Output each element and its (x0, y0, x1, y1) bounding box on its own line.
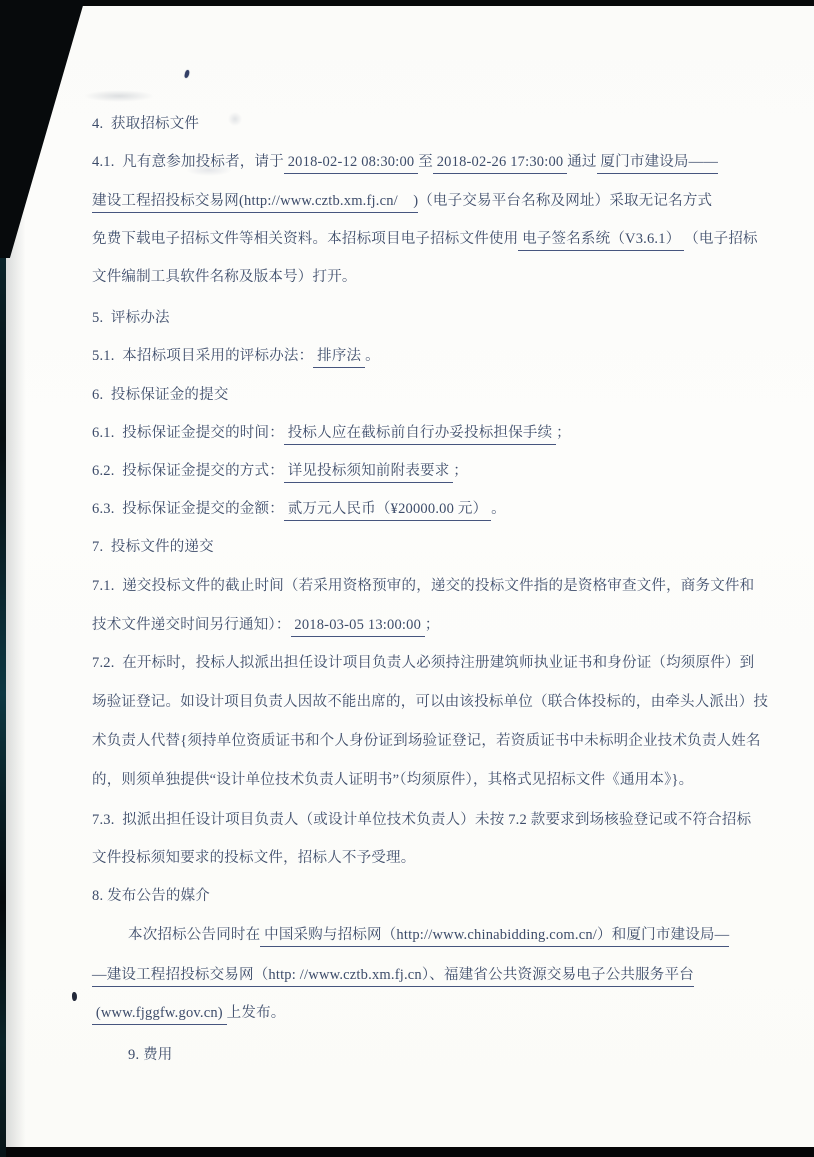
text-segment: 场验证登记。如设计项目负责人因故不能出席的，可以由该投标单位（联合体投标的，由牵… (92, 694, 768, 710)
text-segment: 7.2. 在开标时，投标人拟派出担任设计项目负责人必须持注册建筑师执业证书和身份… (92, 655, 754, 671)
text-segment: 8. 发布公告的媒介 (92, 888, 210, 904)
text-line: 本次招标公告同时在 中国采购与招标网（http://www.chinabiddi… (128, 925, 729, 945)
text-segment: 文件编制工具软件名称及版本号）打开。 (92, 269, 357, 285)
text-line: 6.1. 投标保证金提交的时间： 投标人应在截标前自行办妥投标担保手续 ； (92, 423, 571, 443)
text-segment: 6.3. 投标保证金提交的金额： (92, 501, 284, 517)
text-segment: 。 (365, 348, 380, 364)
text-line: 6.2. 投标保证金提交的方式： 详见投标须知前附表要求 ； (92, 461, 468, 481)
text-segment: 5.1. 本招标项目采用的评标办法： (92, 348, 313, 364)
text-segment: 6.2. 投标保证金提交的方式： (92, 463, 284, 479)
scanned-document-page: 4. 获取招标文件4.1. 凡有意参加投标者，请于 2018-02-12 08:… (0, 0, 814, 1157)
text-line: 7.2. 在开标时，投标人拟派出担任设计项目负责人必须持注册建筑师执业证书和身份… (92, 653, 754, 673)
underlined-text-segment: 厦门市建设局—— (597, 154, 718, 174)
text-segment: 本次招标公告同时在 (128, 927, 260, 943)
text-segment: （电子招标 (684, 231, 758, 247)
text-segment: （电子交易平台名称及网址）采取无记名方式 (418, 193, 712, 209)
text-segment: 7.3. 拟派出担任设计项目负责人（或设计单位技术负责人）未按 7.2 款要求到… (92, 812, 751, 828)
text-line: 9. 费用 (128, 1045, 173, 1065)
text-line: —建设工程招投标交易网（http: //www.cztb.xm.fj.cn）、福… (92, 965, 694, 985)
text-line: 文件投标须知要求的投标文件，招标人不予受理。 (92, 848, 415, 868)
text-segment: 7.1. 递交投标文件的截止时间（若采用资格预审的，递交的投标文件指的是资格审查… (92, 578, 754, 594)
text-line: 建设工程招投标交易网(http://www.cztb.xm.fj.cn/ )（电… (92, 191, 712, 211)
text-segment: ； (556, 425, 571, 441)
text-line: 6.3. 投标保证金提交的金额： 贰万元人民币（¥20000.00 元） 。 (92, 499, 506, 519)
scan-corner-triangle (0, 0, 90, 258)
text-line: 7.1. 递交投标文件的截止时间（若采用资格预审的，递交的投标文件指的是资格审查… (92, 576, 754, 596)
text-segment: 术负责人代替{须持单位资质证书和个人身份证到场验证登记，若资质证书中未标明企业技… (92, 733, 761, 749)
text-line: 7.3. 拟派出担任设计项目负责人（或设计单位技术负责人）未按 7.2 款要求到… (92, 810, 751, 830)
text-line: (www.fjggfw.gov.cn) 上发布。 (92, 1003, 285, 1023)
text-segment: 4.1. 凡有意参加投标者，请于 (92, 154, 284, 170)
text-line: 5.1. 本招标项目采用的评标办法： 排序法 。 (92, 346, 380, 366)
text-segment: 6.1. 投标保证金提交的时间： (92, 425, 284, 441)
text-segment: 免费下载电子招标文件等相关资料。本招标项目电子招标文件使用 (92, 231, 518, 247)
underlined-text-segment: 建设工程招投标交易网(http://www.cztb.xm.fj.cn/ ) (92, 193, 418, 213)
scan-edge-bottom (0, 1147, 814, 1157)
text-segment: 9. 费用 (128, 1047, 173, 1063)
text-segment: 文件投标须知要求的投标文件，招标人不予受理。 (92, 850, 415, 866)
text-segment: 。 (491, 501, 506, 517)
text-segment: 7. 投标文件的递交 (92, 539, 214, 555)
underlined-text-segment: 中国采购与招标网（http://www.chinabidding.com.cn/… (260, 927, 729, 947)
text-line: 7. 投标文件的递交 (92, 537, 214, 557)
text-line: 6. 投标保证金的提交 (92, 385, 229, 405)
ink-speck (184, 70, 190, 79)
text-segment: 至 (418, 154, 433, 170)
text-segment: 技术文件递交时间另行通知）： (92, 617, 291, 633)
scan-smudge (228, 112, 242, 126)
underlined-text-segment: (www.fjggfw.gov.cn) (92, 1005, 227, 1025)
text-line: 文件编制工具软件名称及版本号）打开。 (92, 267, 357, 287)
text-line: 4. 获取招标文件 (92, 114, 199, 134)
scan-smudge (84, 90, 154, 102)
text-line: 术负责人代替{须持单位资质证书和个人身份证到场验证登记，若资质证书中未标明企业技… (92, 731, 761, 751)
underlined-text-segment: 详见投标须知前附表要求 (284, 463, 453, 483)
scan-edge-top (0, 0, 814, 6)
text-line: 免费下载电子招标文件等相关资料。本招标项目电子招标文件使用 电子签名系统（V3.… (92, 229, 758, 249)
text-line: 的，则须单独提供“设计单位技术负责人证明书”（均须原件），其格式见招标文件《通用… (92, 770, 693, 790)
text-segment: 5. 评标办法 (92, 310, 170, 326)
text-line: 4.1. 凡有意参加投标者，请于 2018-02-12 08:30:00 至 2… (92, 152, 718, 172)
text-line: 8. 发布公告的媒介 (92, 886, 210, 906)
text-line: 5. 评标办法 (92, 308, 170, 328)
text-segment: 6. 投标保证金的提交 (92, 387, 229, 403)
underlined-text-segment: 电子签名系统（V3.6.1） (518, 231, 684, 251)
underlined-text-segment: 投标人应在截标前自行办妥投标担保手续 (284, 425, 556, 445)
text-line: 技术文件递交时间另行通知）： 2018-03-05 13:00:00 ； (92, 615, 440, 635)
ink-speck (72, 992, 78, 1001)
text-segment: 通过 (567, 154, 596, 170)
underlined-text-segment: 排序法 (313, 348, 365, 368)
text-segment: 上发布。 (227, 1005, 286, 1021)
text-segment: ； (425, 617, 440, 633)
underlined-text-segment: —建设工程招投标交易网（http: //www.cztb.xm.fj.cn）、福… (92, 967, 694, 987)
text-segment: 4. 获取招标文件 (92, 116, 199, 132)
underlined-text-segment: 贰万元人民币（¥20000.00 元） (284, 501, 491, 521)
text-line: 场验证登记。如设计项目负责人因故不能出席的，可以由该投标单位（联合体投标的，由牵… (92, 692, 768, 712)
underlined-text-segment: 2018-03-05 13:00:00 (291, 617, 425, 637)
underlined-text-segment: 2018-02-12 08:30:00 (284, 154, 418, 174)
text-segment: ； (453, 463, 468, 479)
text-segment: 的，则须单独提供“设计单位技术负责人证明书”（均须原件），其格式见招标文件《通用… (92, 772, 693, 788)
underlined-text-segment: 2018-02-26 17:30:00 (433, 154, 567, 174)
